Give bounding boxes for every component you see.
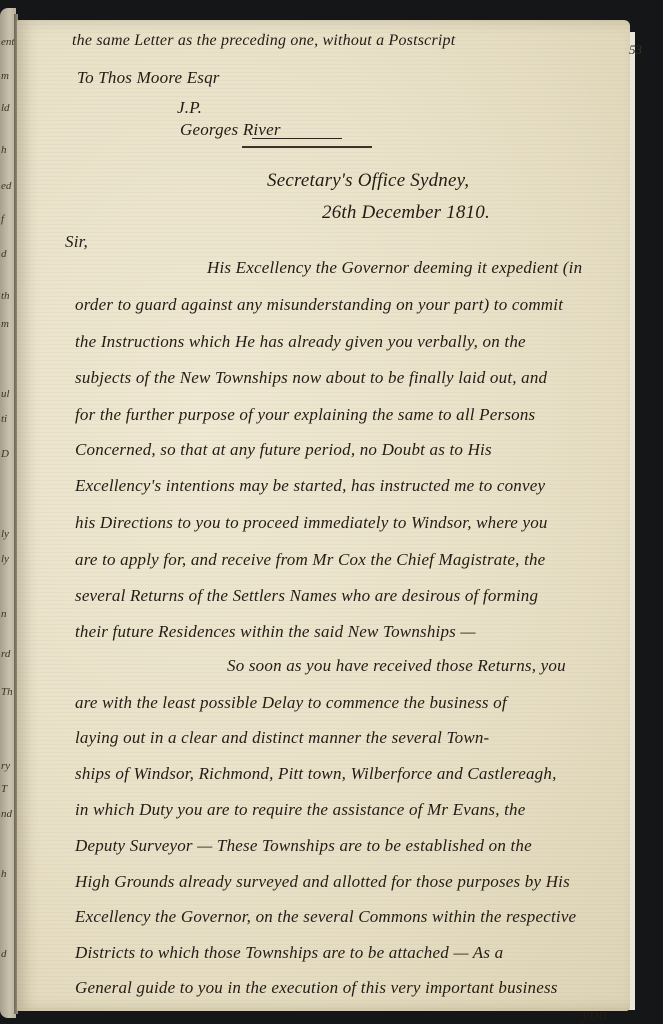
margin-fragment: m	[1, 70, 9, 82]
body-line: General guide to you in the execution of…	[75, 978, 558, 998]
margin-fragment: ent	[1, 36, 14, 48]
margin-fragment: ul	[1, 388, 10, 400]
body-line: Excellency's intentions may be started, …	[75, 476, 545, 496]
body-line: Excellency the Governor, on the several …	[75, 907, 576, 927]
margin-fragment: h	[1, 144, 7, 156]
body-line: Deputy Surveyor — These Townships are to…	[75, 836, 532, 856]
addressee-title: J.P.	[177, 98, 202, 118]
header-note: the same Letter as the preceding one, wi…	[72, 32, 455, 50]
letter-place: Secretary's Office Sydney,	[267, 170, 469, 192]
body-line: Concerned, so that at any future period,…	[75, 440, 492, 460]
margin-fragment: m	[1, 318, 9, 330]
margin-fragment: Th	[1, 686, 13, 698]
margin-fragment: h	[1, 868, 7, 880]
margin-fragment: n	[1, 608, 7, 620]
margin-fragment: f	[1, 213, 4, 225]
catchword: you	[582, 1005, 607, 1024]
body-line: High Grounds already surveyed and allott…	[75, 872, 570, 892]
salutation: Sir,	[65, 232, 88, 252]
underline-flourish	[252, 138, 342, 139]
body-line: are to apply for, and receive from Mr Co…	[75, 550, 545, 570]
addressee-location: Georges River	[180, 120, 281, 140]
body-line: subjects of the New Townships now about …	[75, 368, 547, 388]
margin-fragment: d	[1, 948, 7, 960]
manuscript-page: 53 the same Letter as the preceding one,…	[17, 20, 630, 1011]
margin-fragment: T	[1, 783, 7, 795]
letter-date: 26th December 1810.	[322, 202, 490, 224]
addressee-name: To Thos Moore Esqr	[77, 68, 220, 88]
body-line: His Excellency the Governor deeming it e…	[207, 258, 582, 278]
body-line: order to guard against any misunderstand…	[75, 295, 563, 315]
margin-fragment: nd	[1, 808, 12, 820]
separator-rule	[242, 146, 372, 148]
margin-fragment: rd	[1, 648, 10, 660]
body-line: Districts to which those Townships are t…	[75, 943, 503, 963]
body-line: for the further purpose of your explaini…	[75, 405, 535, 425]
body-line: ships of Windsor, Richmond, Pitt town, W…	[75, 764, 557, 784]
margin-fragment: th	[1, 290, 10, 302]
body-line: laying out in a clear and distinct manne…	[75, 728, 489, 748]
margin-fragment: ly	[1, 528, 9, 540]
margin-fragment: ti	[1, 413, 7, 425]
margin-fragment: ed	[1, 180, 11, 192]
margin-fragment: d	[1, 248, 7, 260]
body-line: So soon as you have received those Retur…	[227, 656, 566, 676]
body-line: his Directions to you to proceed immedia…	[75, 513, 548, 533]
body-line: in which Duty you are to require the ass…	[75, 800, 525, 820]
margin-fragment: ry	[1, 760, 10, 772]
body-line: are with the least possible Delay to com…	[75, 693, 507, 713]
body-line: several Returns of the Settlers Names wh…	[75, 586, 538, 606]
margin-fragment: D	[1, 448, 9, 460]
body-line: their future Residences within the said …	[75, 622, 476, 642]
page-number: 53	[629, 42, 642, 58]
body-line: the Instructions which He has already gi…	[75, 332, 526, 352]
margin-fragment: ld	[1, 102, 10, 114]
margin-fragment: ly	[1, 553, 9, 565]
